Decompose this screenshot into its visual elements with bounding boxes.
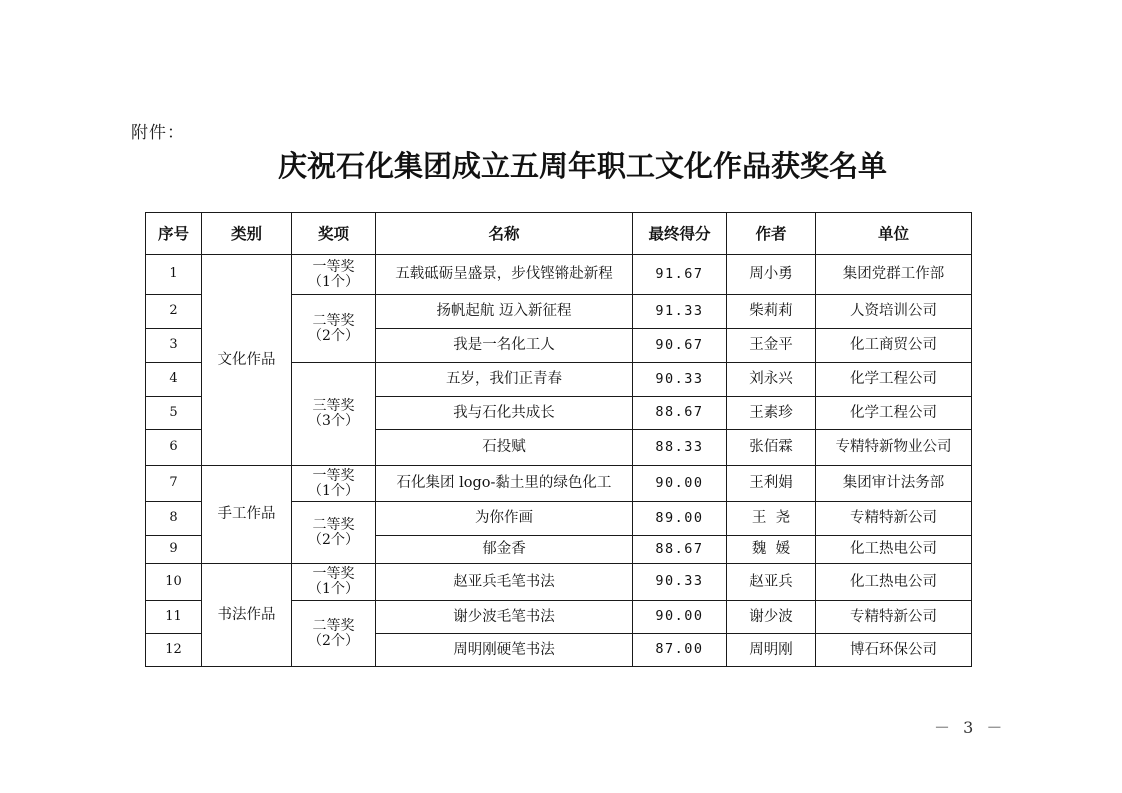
author-name: 周小勇 [727, 255, 816, 295]
unit-name: 博石环保公司 [816, 634, 972, 667]
row-number: 3 [146, 329, 202, 363]
table-header-row: 序号 类别 奖项 名称 最终得分 作者 单位 [146, 213, 972, 255]
work-name: 赵亚兵毛笔书法 [376, 564, 633, 601]
prize-cell: 二等奖 （2个） [292, 601, 376, 667]
unit-name: 人资培训公司 [816, 295, 972, 329]
unit-name: 专精特新物业公司 [816, 430, 972, 466]
document-title: 庆祝石化集团成立五周年职工文化作品获奖名单 [0, 144, 1122, 185]
work-name: 五载砥砺呈盛景，步伐铿锵赴新程 [376, 255, 633, 295]
unit-name: 化工商贸公司 [816, 329, 972, 363]
work-name: 石化集团 logo-黏土里的绿色化工 [376, 466, 633, 502]
table-row: 10 书法作品 一等奖 （1个） 赵亚兵毛笔书法 90.33 赵亚兵 化工热电公… [146, 564, 972, 601]
final-score: 90.00 [633, 601, 727, 634]
prize-cell: 一等奖 （1个） [292, 466, 376, 502]
work-name: 五岁，我们正青春 [376, 363, 633, 397]
prize-cell: 一等奖 （1个） [292, 255, 376, 295]
unit-name: 化学工程公司 [816, 397, 972, 430]
author-name: 魏 媛 [727, 536, 816, 564]
row-number: 10 [146, 564, 202, 601]
final-score: 89.00 [633, 502, 727, 536]
header-work-name: 名称 [376, 213, 633, 255]
header-author: 作者 [727, 213, 816, 255]
final-score: 90.33 [633, 564, 727, 601]
row-number: 8 [146, 502, 202, 536]
author-name: 张佰霖 [727, 430, 816, 466]
unit-name: 化工热电公司 [816, 536, 972, 564]
unit-name: 化工热电公司 [816, 564, 972, 601]
prize-level: 一等奖 [292, 260, 375, 275]
unit-name: 专精特新公司 [816, 601, 972, 634]
final-score: 90.33 [633, 363, 727, 397]
final-score: 90.00 [633, 466, 727, 502]
final-score: 90.67 [633, 329, 727, 363]
work-name: 扬帆起航 迈入新征程 [376, 295, 633, 329]
prize-level: 二等奖 [292, 518, 375, 533]
category-cell: 文化作品 [202, 255, 292, 466]
table-row: 1 文化作品 一等奖 （1个） 五载砥砺呈盛景，步伐铿锵赴新程 91.67 周小… [146, 255, 972, 295]
header-prize: 奖项 [292, 213, 376, 255]
row-number: 6 [146, 430, 202, 466]
author-name: 王金平 [727, 329, 816, 363]
unit-name: 化学工程公司 [816, 363, 972, 397]
author-name: 周明刚 [727, 634, 816, 667]
prize-level: 一等奖 [292, 469, 375, 484]
award-list-table: 序号 类别 奖项 名称 最终得分 作者 单位 1 文化作品 一等奖 （1个） 五… [145, 212, 972, 667]
prize-count: （2个） [292, 634, 375, 649]
row-number: 11 [146, 601, 202, 634]
row-number: 9 [146, 536, 202, 564]
row-number: 12 [146, 634, 202, 667]
table-row: 7 手工作品 一等奖 （1个） 石化集团 logo-黏土里的绿色化工 90.00… [146, 466, 972, 502]
row-number: 7 [146, 466, 202, 502]
prize-count: （2个） [292, 329, 375, 344]
work-name: 周明刚硬笔书法 [376, 634, 633, 667]
work-name: 谢少波毛笔书法 [376, 601, 633, 634]
prize-level: 二等奖 [292, 619, 375, 634]
header-final-score: 最终得分 [633, 213, 727, 255]
page-number: － 3 － [934, 715, 1006, 738]
row-number: 5 [146, 397, 202, 430]
row-number: 2 [146, 295, 202, 329]
author-name: 王素珍 [727, 397, 816, 430]
prize-cell: 三等奖 （3个） [292, 363, 376, 466]
prize-count: （1个） [292, 582, 375, 597]
author-name: 赵亚兵 [727, 564, 816, 601]
prize-level: 二等奖 [292, 314, 375, 329]
author-name: 柴莉莉 [727, 295, 816, 329]
final-score: 87.00 [633, 634, 727, 667]
prize-count: （1个） [292, 484, 375, 499]
prize-count: （2个） [292, 533, 375, 548]
prize-cell: 二等奖 （2个） [292, 502, 376, 564]
work-name: 为你作画 [376, 502, 633, 536]
final-score: 91.67 [633, 255, 727, 295]
category-cell: 书法作品 [202, 564, 292, 667]
final-score: 88.33 [633, 430, 727, 466]
work-name: 我与石化共成长 [376, 397, 633, 430]
unit-name: 专精特新公司 [816, 502, 972, 536]
category-cell: 手工作品 [202, 466, 292, 564]
prize-level: 一等奖 [292, 567, 375, 582]
prize-cell: 二等奖 （2个） [292, 295, 376, 363]
final-score: 88.67 [633, 397, 727, 430]
attachment-label: 附件： [131, 118, 185, 143]
prize-cell: 一等奖 （1个） [292, 564, 376, 601]
header-category: 类别 [202, 213, 292, 255]
work-name: 郁金香 [376, 536, 633, 564]
row-number: 4 [146, 363, 202, 397]
author-name: 王利娟 [727, 466, 816, 502]
work-name: 石投赋 [376, 430, 633, 466]
work-name: 我是一名化工人 [376, 329, 633, 363]
row-number: 1 [146, 255, 202, 295]
final-score: 88.67 [633, 536, 727, 564]
prize-count: （1个） [292, 275, 375, 290]
prize-count: （3个） [292, 414, 375, 429]
unit-name: 集团审计法务部 [816, 466, 972, 502]
author-name: 刘永兴 [727, 363, 816, 397]
prize-level: 三等奖 [292, 399, 375, 414]
unit-name: 集团党群工作部 [816, 255, 972, 295]
author-name: 谢少波 [727, 601, 816, 634]
final-score: 91.33 [633, 295, 727, 329]
header-serial-number: 序号 [146, 213, 202, 255]
author-name: 王 尧 [727, 502, 816, 536]
header-unit: 单位 [816, 213, 972, 255]
